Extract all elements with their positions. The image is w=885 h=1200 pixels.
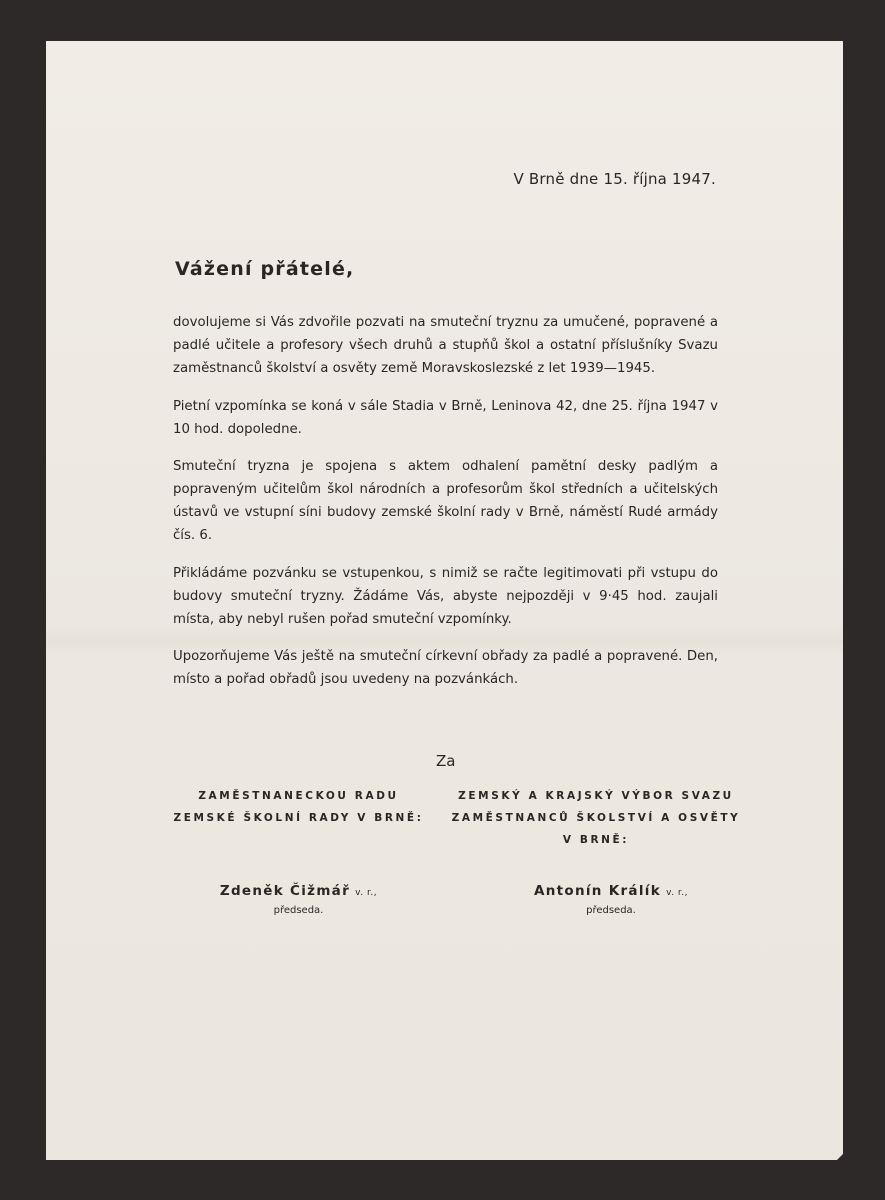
signatory-vr: v. r.,: [355, 888, 377, 898]
signatory-role: předseda.: [461, 905, 761, 916]
org-line: ZEMSKÉ ŠKOLNÍ RADY V BRNĚ:: [156, 807, 441, 829]
paragraph-invitation: dovolujeme si Vás zdvořile pozvati na sm…: [173, 311, 718, 380]
paper-corner: [836, 1153, 844, 1161]
org-line: ZEMSKÝ A KRAJSKÝ VÝBOR SVAZU: [446, 785, 746, 807]
paragraph-ticket: Přikládáme pozvánku se vstupenkou, s nim…: [173, 562, 718, 631]
organization-left: ZAMĚSTNANECKOU RADU ZEMSKÉ ŠKOLNÍ RADY V…: [156, 785, 441, 829]
organization-right: ZEMSKÝ A KRAJSKÝ VÝBOR SVAZU ZAMĚSTNANCŮ…: [446, 785, 746, 851]
signatory-vr: v. r.,: [666, 888, 688, 898]
org-line: ZAMĚSTNANCŮ ŠKOLSTVÍ A OSVĚTY: [446, 807, 746, 829]
signatory-role: předseda.: [156, 905, 441, 916]
org-line: V BRNĚ:: [446, 829, 746, 851]
signatory-name: Antonín Králík: [534, 883, 661, 899]
za-label: Za: [436, 752, 455, 770]
paragraph-church: Upozorňujeme Vás ještě na smuteční círke…: [173, 645, 718, 691]
place-date: V Brně dne 15. října 1947.: [514, 170, 717, 188]
org-line: ZAMĚSTNANECKOU RADU: [156, 785, 441, 807]
paragraph-venue: Pietní vzpomínka se koná v sále Stadia v…: [173, 395, 718, 441]
paragraph-plaque: Smuteční tryzna je spojena s aktem odhal…: [173, 455, 718, 547]
signatory-name: Zdeněk Čižmář: [220, 883, 350, 899]
signature-right: Antonín Králík v. r., předseda.: [461, 880, 761, 916]
signature-left: Zdeněk Čižmář v. r., předseda.: [156, 880, 441, 916]
salutation: Vážení přátelé,: [175, 258, 354, 280]
letter-paper: V Brně dne 15. října 1947. Vážení přátel…: [46, 41, 843, 1160]
letter-body: dovolujeme si Vás zdvořile pozvati na sm…: [173, 311, 718, 706]
